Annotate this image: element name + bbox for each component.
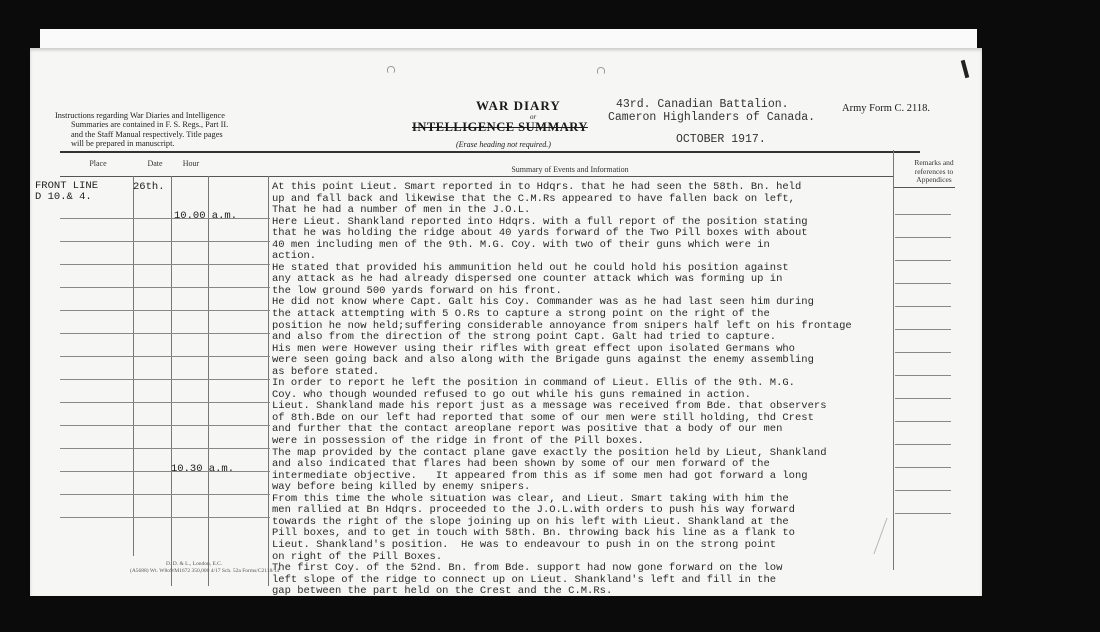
- document-title: WAR DIARY: [476, 98, 561, 114]
- place-line: D 10.& 4.: [35, 192, 98, 203]
- place-cell: FRONT LINE D 10.& 4.: [35, 181, 98, 202]
- column-divider: [208, 176, 209, 586]
- summary-line: Lieut. Shankland's position. He was to e…: [272, 540, 932, 552]
- row-rule: [60, 264, 270, 265]
- hour-cell: 10.00 a.m.: [174, 210, 237, 222]
- row-rule: [60, 471, 270, 472]
- instructions-line: will be prepared in manuscript.: [55, 139, 270, 148]
- row-rule: [60, 379, 270, 380]
- printer-line: D. D. & L., London, E.C.: [130, 561, 279, 568]
- place-line: FRONT LINE: [35, 181, 98, 192]
- unit-line: Cameron Highlanders of Canada.: [608, 112, 815, 125]
- column-header-date: Date: [140, 159, 170, 168]
- row-rule: [60, 517, 270, 518]
- row-rule: [60, 310, 270, 311]
- row-rule: [60, 218, 270, 219]
- unit-line: 43rd. Canadian Battalion.: [616, 99, 815, 112]
- hour-cell: 10.30 a.m.: [171, 463, 234, 475]
- printer-imprint: D. D. & L., London, E.C. (A5688) Wt. W8o…: [130, 561, 279, 575]
- column-divider: [133, 176, 134, 556]
- row-rule: [60, 402, 270, 403]
- struck-heading: INTELLIGENCE SUMMARY: [412, 120, 588, 135]
- diary-month: OCTOBER 1917.: [676, 133, 766, 146]
- row-rule: [60, 333, 270, 334]
- header-rule: [60, 151, 920, 153]
- column-header-remarks: Remarks and references to Appendices: [905, 159, 963, 185]
- summary-line: the attack attempting with 5 O.Rs to cap…: [272, 309, 932, 321]
- summary-line: and also from the direction of the stron…: [272, 332, 932, 344]
- summary-of-events: At this point Lieut. Smart reported in t…: [272, 182, 932, 598]
- column-header-rule: [60, 176, 893, 177]
- summary-line: At this point Lieut. Smart reported in t…: [272, 182, 932, 194]
- column-header-place: Place: [78, 159, 118, 168]
- instructions-line: and the Staff Manual respectively. Title…: [55, 130, 270, 139]
- row-rule: [60, 448, 270, 449]
- summary-line: were in possession of the ridge in front…: [272, 436, 932, 448]
- summary-line: and also indicated that flares had been …: [272, 459, 932, 471]
- row-rule: [60, 494, 270, 495]
- erase-note: (Erase heading not required.): [456, 140, 551, 149]
- row-rule: [60, 425, 270, 426]
- summary-line: gap between the part held on the Crest a…: [272, 586, 932, 598]
- instructions-line: Summaries are contained in F. S. Regs., …: [55, 120, 270, 129]
- punch-hole: [597, 67, 605, 74]
- army-form-number: Army Form C. 2118.: [842, 103, 930, 114]
- printer-line: (A5688) Wt. W8o9/M1672 350,000 4/17 Sch.…: [130, 568, 279, 574]
- summary-line: That he had a number of men in the J.O.L…: [272, 205, 932, 217]
- column-divider: [171, 176, 172, 586]
- column-divider: [268, 176, 269, 586]
- row-rule: [60, 356, 270, 357]
- instructions-line: Instructions regarding War Diaries and I…: [55, 111, 270, 120]
- summary-line: 40 men including men of the 9th. M.G. Co…: [272, 240, 932, 252]
- row-rule: [60, 241, 270, 242]
- form-instructions: Instructions regarding War Diaries and I…: [55, 111, 270, 148]
- column-header-summary: Summary of Events and Information: [420, 165, 720, 174]
- date-cell: 26th.: [133, 181, 165, 193]
- summary-line: that he was holding the ridge about 40 y…: [272, 228, 932, 240]
- row-rule: [60, 287, 270, 288]
- column-header-hour: Hour: [175, 159, 207, 168]
- punch-hole: [387, 66, 395, 73]
- summary-line: The first Coy. of the 52nd. Bn. from Bde…: [272, 563, 932, 575]
- unit-name: 43rd. Canadian Battalion. Cameron Highla…: [616, 99, 815, 124]
